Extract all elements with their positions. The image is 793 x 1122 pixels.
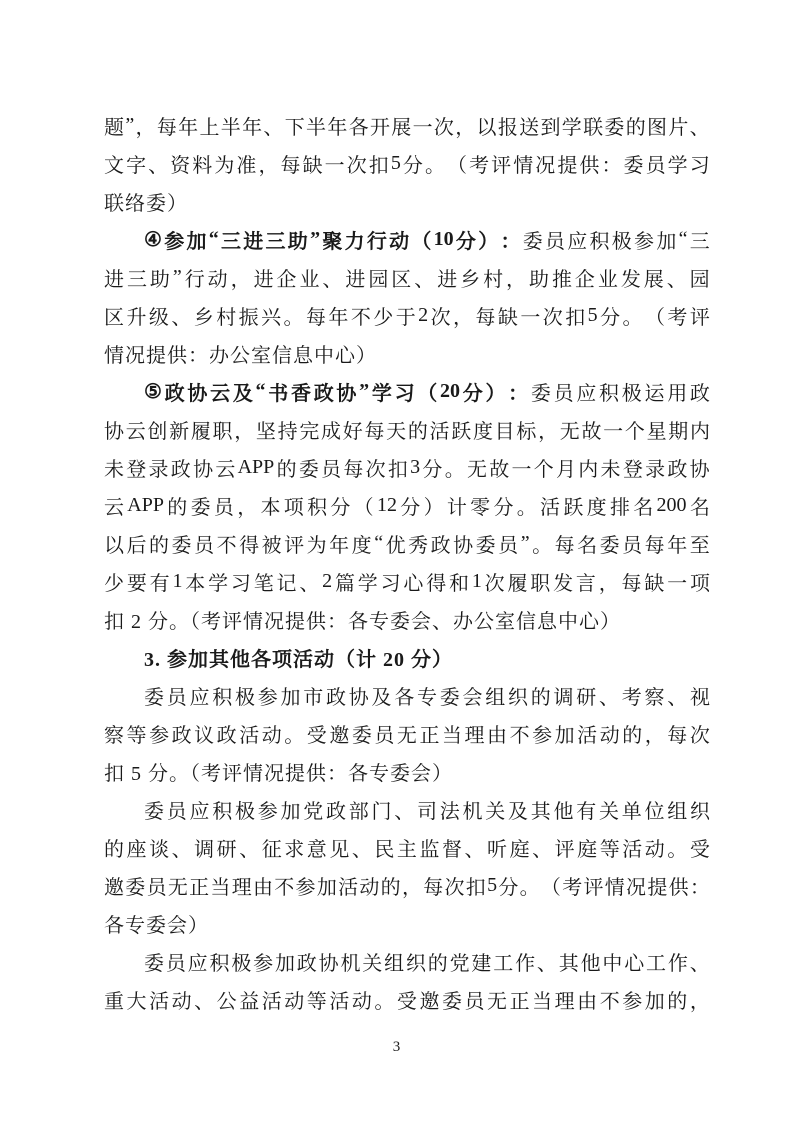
body-text: 动 — [284, 985, 304, 1014]
body-text: 未 — [601, 453, 621, 482]
body-text: 故 — [489, 453, 509, 482]
body-text: 工 — [493, 947, 513, 976]
body-text: 言 — [576, 567, 596, 596]
body-text: 缺 — [303, 149, 323, 178]
body-text: 每 — [423, 871, 443, 900]
page-number: 3 — [0, 1036, 793, 1058]
body-text: 征 — [262, 833, 282, 862]
body-text: 扣 — [369, 149, 389, 178]
body-text: 每 — [157, 111, 177, 140]
body-text: 员 — [465, 985, 485, 1014]
body-text: 进 — [345, 263, 365, 292]
body-text: 研 — [576, 681, 596, 710]
body-text: 缺 — [644, 567, 664, 596]
body-text: 学 — [562, 111, 582, 140]
body-text: ” — [173, 266, 182, 289]
body-text: 学 — [668, 149, 688, 178]
body-text: 的 — [408, 415, 428, 444]
body-text: 的 — [167, 491, 187, 520]
body-text: 个 — [625, 415, 645, 444]
bold-text: 聚 — [322, 225, 342, 254]
body-text: 中 — [602, 947, 622, 976]
body-text: 次 — [347, 149, 367, 178]
body-text: 其 — [531, 795, 551, 824]
body-text: 资 — [170, 149, 190, 178]
body-text: 积 — [590, 225, 610, 254]
body-text: 情 — [513, 149, 533, 178]
body-text: 有 — [576, 795, 596, 824]
bold-text: 政 — [165, 377, 185, 406]
body-text: 成 — [321, 415, 341, 444]
body-text: ） — [424, 491, 444, 520]
body-text: 。 — [284, 719, 304, 748]
body-text: 不 — [510, 719, 530, 748]
bold-text: ） — [478, 225, 498, 254]
body-text: 受 — [397, 985, 417, 1014]
bold-text: 云 — [210, 377, 230, 406]
body-text: 和 — [449, 567, 469, 596]
body-text: 座 — [127, 833, 147, 862]
body-text: 主 — [397, 833, 417, 862]
body-text: ， — [231, 263, 251, 292]
body-text: 不 — [351, 301, 371, 330]
bold-text: 分 — [456, 225, 476, 254]
body-text: 振 — [239, 301, 259, 330]
body-text: 区 — [104, 301, 124, 330]
body-text: 委 — [604, 111, 624, 140]
body-text: 少 — [104, 567, 124, 596]
body-text: 关 — [485, 795, 505, 824]
body-text: 的 — [428, 947, 448, 976]
body-text: 、 — [667, 681, 687, 710]
body-text: 关 — [362, 947, 382, 976]
body-text: 等 — [600, 833, 620, 862]
body-text: 评 — [690, 301, 710, 330]
body-text: ” — [521, 532, 530, 555]
body-text: 政 — [217, 719, 237, 748]
body-text: 每 — [667, 719, 687, 748]
body-text: 三 — [690, 225, 710, 254]
body-text: 12 — [377, 494, 397, 517]
body-text: 员 — [166, 947, 186, 976]
body-text: 由 — [577, 985, 597, 1014]
body-text: 3 — [410, 456, 420, 479]
body-text: ， — [453, 301, 473, 330]
body-text: 的 — [622, 719, 642, 748]
text-line: 委员应积极参加政协机关组织的党建工作、其他中心工作、 — [104, 942, 710, 980]
body-text: 助 — [150, 263, 170, 292]
body-text: 调 — [194, 833, 214, 862]
body-text: 见 — [329, 833, 349, 862]
body-text: 议 — [194, 719, 214, 748]
body-text: 本 — [185, 567, 205, 596]
body-text: 及 — [508, 795, 528, 824]
body-text: 正 — [419, 719, 439, 748]
bold-text: 3. 参加其他各项活动（计 20 分） — [144, 643, 453, 672]
body-text: 用 — [667, 377, 687, 406]
body-text: 扣 5 分。（考评情况提供：各专委会） — [104, 757, 453, 786]
body-text: 完 — [299, 415, 319, 444]
body-text: 参 — [149, 719, 169, 748]
body-text: 供 — [669, 871, 689, 900]
body-text: 。 — [667, 833, 687, 862]
body-text: 的 — [531, 681, 551, 710]
body-text: 求 — [284, 833, 304, 862]
body-text: 计 — [447, 491, 467, 520]
body-text: 升 — [126, 301, 146, 330]
body-text: 区 — [391, 263, 411, 292]
body-text: 谈 — [149, 833, 169, 862]
body-text: 参 — [296, 871, 316, 900]
body-text: ， — [455, 111, 475, 140]
body-text: 年 — [178, 111, 198, 140]
body-text: 发 — [553, 567, 573, 596]
body-text: 建 — [471, 947, 491, 976]
body-text: 作 — [515, 947, 535, 976]
body-text: 分 — [330, 491, 350, 520]
body-text: 应 — [190, 681, 210, 710]
body-text: 次 — [366, 453, 386, 482]
body-text: 考 — [562, 871, 582, 900]
body-text: 委 — [144, 681, 164, 710]
bold-text: “ — [209, 228, 219, 251]
body-text: 员 — [214, 491, 234, 520]
body-text: 应 — [188, 947, 208, 976]
text-line: 进三助”行动，进企业、进园区、进乡村，助推企业发展、园 — [104, 258, 710, 296]
body-text: 助 — [529, 263, 549, 292]
body-text: 园 — [690, 263, 710, 292]
bold-text: （ — [411, 225, 431, 254]
body-text: 积 — [212, 681, 232, 710]
body-text: 次 — [485, 567, 505, 596]
bold-text: 香 — [291, 377, 311, 406]
body-text: 庭 — [577, 833, 597, 862]
body-text: 习 — [231, 567, 251, 596]
body-text: 委 — [299, 453, 319, 482]
body-text: 督 — [442, 833, 462, 862]
text-line: 区升级、乡村振兴。每年不少于2次，每缺一次扣5分。（考评 — [104, 296, 710, 334]
body-text: 名 — [633, 491, 653, 520]
bold-text: 政 — [314, 377, 334, 406]
body-text: 分 — [498, 871, 518, 900]
body-text: 业 — [598, 263, 618, 292]
text-line: 协云创新履职，坚持完成好每天的活跃度目标，无故一个星期内 — [104, 410, 710, 448]
body-text: 评 — [284, 529, 304, 558]
body-text: 活 — [149, 985, 169, 1014]
body-text: 供 — [579, 149, 599, 178]
body-text: 考 — [622, 681, 642, 710]
body-text: 年 — [329, 529, 349, 558]
body-text: 极 — [231, 947, 251, 976]
body-text: ， — [506, 263, 526, 292]
text-line: 扣 5 分。（考评情况提供：各专委会） — [104, 752, 710, 790]
body-text: （ — [645, 301, 665, 330]
body-text: 上 — [199, 111, 219, 140]
body-text: 会 — [463, 681, 483, 710]
body-text: 联络委） — [104, 187, 188, 216]
body-text: （ — [541, 871, 561, 900]
body-text: 委 — [144, 947, 164, 976]
text-line: 委员应积极参加党政部门、司法机关及其他有关单位组织 — [104, 790, 710, 828]
body-text: 缺 — [498, 301, 518, 330]
body-text: 度 — [473, 415, 493, 444]
body-text: 加 — [281, 795, 301, 824]
body-text: 未 — [104, 453, 124, 482]
body-text: 活 — [577, 719, 597, 748]
bold-text: 动 — [389, 225, 409, 254]
body-text: 正 — [189, 871, 209, 900]
body-text: 到 — [540, 111, 560, 140]
body-text: 。 — [520, 871, 540, 900]
bold-text: 学 — [372, 377, 392, 406]
body-text: 得 — [426, 567, 446, 596]
body-text: 政 — [326, 795, 346, 824]
body-text: 理 — [232, 871, 252, 900]
body-text: 加 — [555, 719, 575, 748]
text-line: 未登录政协云APP的委员每次扣3分。无故一个月内未登录政协 — [104, 448, 710, 486]
body-text: 项 — [690, 567, 710, 596]
body-text: 题 — [104, 111, 124, 140]
body-text: 至 — [690, 529, 710, 558]
body-text: 为 — [307, 529, 327, 558]
body-text: 期 — [668, 415, 688, 444]
body-text: 习 — [381, 567, 401, 596]
body-text: ， — [258, 149, 278, 178]
body-text: ” — [125, 114, 134, 137]
body-text: 送 — [519, 111, 539, 140]
body-text: 半 — [306, 111, 326, 140]
body-text: APP — [238, 456, 275, 479]
body-text: 极 — [235, 795, 255, 824]
text-line: 情况提供：办公室信息中心） — [104, 334, 710, 372]
body-text: 每 — [622, 567, 642, 596]
body-text: 记 — [277, 567, 297, 596]
body-text: 学 — [358, 567, 378, 596]
body-text: 职 — [530, 567, 550, 596]
body-text: 星 — [647, 415, 667, 444]
body-text: 委 — [531, 377, 551, 406]
bold-text: 书 — [268, 377, 288, 406]
body-text: 党 — [450, 947, 470, 976]
body-text: 极 — [235, 681, 255, 710]
body-text: 心 — [403, 567, 423, 596]
body-text: 2 — [418, 304, 428, 327]
body-text: 行 — [185, 263, 205, 292]
body-text: 200 — [657, 494, 687, 517]
body-text: 乡 — [460, 263, 480, 292]
body-text: 公 — [217, 985, 237, 1014]
body-text: 学 — [208, 567, 228, 596]
body-text: 跃 — [563, 491, 583, 520]
body-text: 委 — [191, 491, 211, 520]
body-text: 履 — [507, 567, 527, 596]
body-text: 组 — [485, 681, 505, 710]
bold-text: ： — [508, 377, 528, 406]
body-text: 报 — [498, 111, 518, 140]
body-text: 政 — [667, 453, 687, 482]
body-text: 当 — [532, 985, 552, 1014]
text-line: 邀委员无正当理由不参加活动的，每次扣5分。（考评情况提供： — [104, 866, 710, 904]
text-line: 云APP的委员，本项积分（12分）计零分。活跃度排名200名 — [104, 486, 710, 524]
body-text: 理 — [555, 985, 575, 1014]
body-text: 参 — [622, 985, 642, 1014]
body-text: 极 — [612, 225, 632, 254]
body-text: 意 — [307, 833, 327, 862]
body-text: 天 — [386, 415, 406, 444]
body-text: 关 — [599, 795, 619, 824]
body-text: 及 — [372, 681, 392, 710]
body-text: 无 — [560, 415, 580, 444]
body-text: 进 — [254, 263, 274, 292]
body-text: 员 — [554, 377, 574, 406]
body-text: 受 — [307, 719, 327, 748]
body-text: 正 — [510, 985, 530, 1014]
body-text: 司 — [417, 795, 437, 824]
body-text: 法 — [440, 795, 460, 824]
body-text: 员 — [147, 871, 167, 900]
body-text: 活 — [430, 415, 450, 444]
body-text: 一 — [603, 415, 623, 444]
body-text: 等 — [307, 985, 327, 1014]
bold-text: 及 — [233, 377, 253, 406]
body-text: 。 — [517, 491, 537, 520]
body-text: 标 — [516, 415, 536, 444]
body-text: 位 — [645, 795, 665, 824]
body-text: 积 — [212, 795, 232, 824]
body-text: 织 — [508, 681, 528, 710]
body-text: 文 — [104, 149, 124, 178]
body-text: 5 — [588, 304, 598, 327]
body-text: 要 — [127, 567, 147, 596]
body-text: 委 — [440, 681, 460, 710]
body-text: 每 — [306, 301, 326, 330]
body-text: 料 — [192, 149, 212, 178]
body-text: 无 — [487, 985, 507, 1014]
body-text: 由 — [487, 719, 507, 748]
text-line: 以后的委员不得被评为年度“优秀政协委员”。每名委员每年至 — [104, 524, 710, 562]
body-text: 1 — [172, 570, 182, 593]
body-text: 目 — [495, 415, 515, 444]
body-text: ， — [237, 491, 257, 520]
body-text: 动 — [208, 263, 228, 292]
body-text: ， — [645, 719, 665, 748]
body-text: 。 — [374, 985, 394, 1014]
body-text: 乡 — [194, 301, 214, 330]
body-text: 不 — [600, 985, 620, 1014]
body-text: 益 — [239, 985, 259, 1014]
body-text: 员 — [498, 529, 518, 558]
body-text: 机 — [463, 795, 483, 824]
body-text: 邀 — [419, 985, 439, 1014]
body-text: 政 — [171, 453, 191, 482]
text-line: 扣 2 分。（考评情况提供：各专委会、办公室信息中心） — [104, 600, 710, 638]
body-text: 视 — [690, 681, 710, 710]
body-text: 提 — [647, 871, 667, 900]
body-text: 动 — [262, 719, 282, 748]
body-text: 企 — [575, 263, 595, 292]
body-text: 、 — [537, 947, 557, 976]
text-line: 题”，每年上半年、下半年各开展一次，以报送到学联委的图片、 — [104, 106, 710, 144]
body-text: 一 — [413, 111, 433, 140]
body-text: 、 — [599, 681, 619, 710]
body-text: 的 — [381, 871, 401, 900]
body-text: 协 — [349, 681, 369, 710]
body-text: 委 — [172, 529, 192, 558]
bold-text: （ — [417, 377, 437, 406]
body-text: 录 — [149, 453, 169, 482]
body-text: ， — [136, 111, 156, 140]
body-text: 政 — [326, 681, 346, 710]
body-text: 动 — [352, 985, 372, 1014]
body-text: 月 — [556, 453, 576, 482]
body-text: 登 — [126, 453, 146, 482]
body-text: 理 — [465, 719, 485, 748]
body-text: 单 — [622, 795, 642, 824]
body-text: 动 — [172, 985, 192, 1014]
body-text: 登 — [623, 453, 643, 482]
bold-text: ” — [310, 228, 320, 251]
body-text: 优 — [386, 529, 406, 558]
body-text: 活 — [622, 833, 642, 862]
body-text: 园 — [368, 263, 388, 292]
bold-text: 行 — [367, 225, 387, 254]
body-text: 于 — [396, 301, 416, 330]
body-text: 。 — [445, 453, 465, 482]
body-text: 活 — [540, 491, 560, 520]
body-text: 协 — [690, 453, 710, 482]
body-text: 少 — [373, 301, 393, 330]
body-text: 无 — [397, 719, 417, 748]
body-text: 运 — [644, 377, 664, 406]
body-text: 他 — [554, 795, 574, 824]
document-page: { "page": { "background": "#ffffff", "te… — [0, 0, 793, 1122]
body-text: “ — [679, 228, 688, 251]
body-text: 联 — [583, 111, 603, 140]
body-text: 篇 — [335, 567, 355, 596]
body-text: 各 — [349, 111, 369, 140]
body-text: 被 — [262, 529, 282, 558]
body-text: 协 — [453, 529, 473, 558]
body-text: 内 — [690, 415, 710, 444]
body-text: 调 — [554, 681, 574, 710]
body-text: 委 — [352, 719, 372, 748]
body-text: 分 — [493, 491, 513, 520]
body-text: 不 — [217, 529, 237, 558]
body-text: 员 — [321, 453, 341, 482]
body-text: 兴 — [261, 301, 281, 330]
body-text: “ — [374, 532, 383, 555]
body-text: 好 — [343, 415, 363, 444]
text-line: 3. 参加其他各项活动（计 20 分） — [104, 638, 710, 676]
body-text: 进 — [104, 263, 124, 292]
body-text: 织 — [406, 947, 426, 976]
body-text: 半 — [221, 111, 241, 140]
text-line: 重大活动、公益活动等活动。受邀委员无正当理由不参加的， — [104, 980, 710, 1018]
body-text: 分 — [422, 453, 442, 482]
body-text: 名 — [690, 491, 710, 520]
body-text: 秀 — [408, 529, 428, 558]
bold-text: ） — [485, 377, 505, 406]
body-text: 的 — [149, 529, 169, 558]
body-text: 、 — [171, 301, 191, 330]
body-text: 有 — [150, 567, 170, 596]
body-text: 评 — [491, 149, 511, 178]
body-text: 党 — [303, 795, 323, 824]
body-text: 。 — [532, 529, 552, 558]
body-text: 参 — [634, 225, 654, 254]
body-text: 5 — [487, 874, 497, 897]
body-text: 扣 — [466, 871, 486, 900]
